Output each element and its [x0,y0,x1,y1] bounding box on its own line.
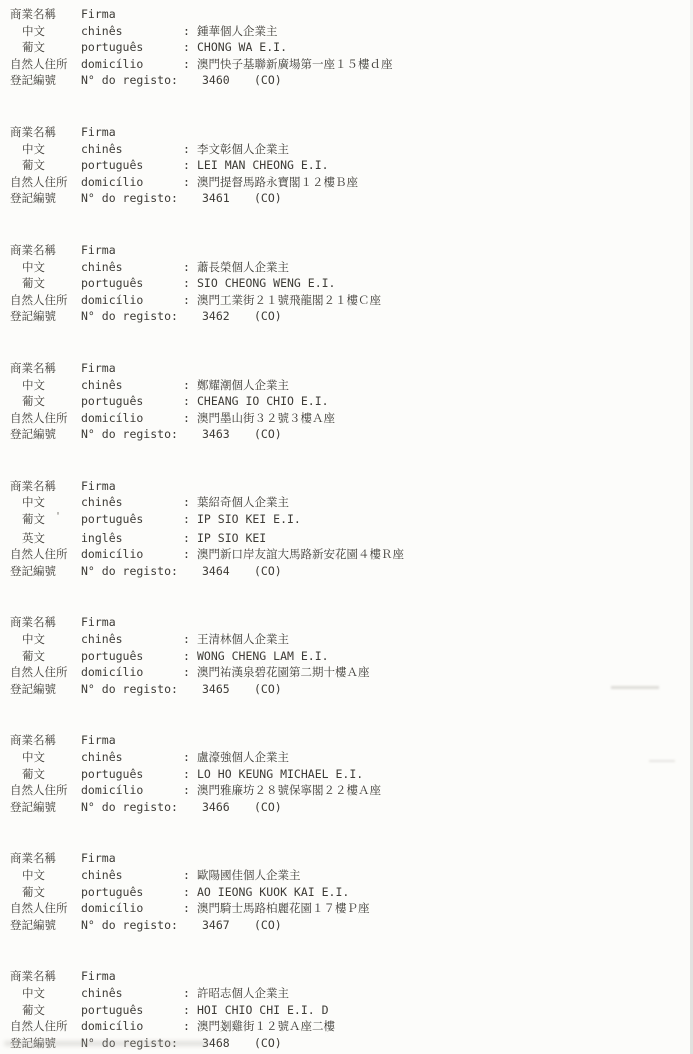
portuguese-name-row: 葡文 português : LO HO KEUNG MICHAEL E.I. [10,766,685,783]
registry-code-value: (CO) [242,72,282,89]
registry-label-pt: N° do registo: [81,426,196,443]
chinese-label-zh: 中文 [10,23,81,40]
chinese-label-pt: chinês [81,985,183,1002]
firm-label-pt: Firma [81,478,183,495]
chinese-label-zh: 中文 [10,141,81,158]
address-row: 自然人住所 domicílio : 澳門墨山街３２號３樓Ａ座 [10,410,685,427]
portuguese-label-zh: 葡文 [10,884,81,901]
registry-entry: 商業名稱 Firma 中文 chinês : 蕭長榮個人企業主 葡文 portu… [10,242,685,325]
chinese-name-value: 鍾華個人企業主 [197,23,685,40]
portuguese-label-zh: 葡文 [10,766,81,783]
colon-separator: : [183,511,197,528]
address-value: 澳門祐漢泉碧花園第二期十樓Ａ座 [197,664,685,681]
colon-separator: : [183,259,197,276]
chinese-name-row: 中文 chinês : 李文彰個人企業主 [10,141,685,158]
registry-label-zh: 登記編號 [10,681,81,698]
registry-number-value: 3465 [196,681,242,698]
colon-separator: : [183,39,197,56]
portuguese-label-zh-text: 葡文 [22,276,45,290]
portuguese-label-zh-text: 葡文 [22,394,45,408]
english-label-zh: 英文 [10,530,81,547]
address-value: 澳門墨山街３２號３樓Ａ座 [197,410,685,427]
address-row: 自然人住所 domicílio : 澳門快子基聯新廣場第一座１５樓ｄ座 [10,56,685,73]
firm-name-row: 商業名稱 Firma [10,732,685,749]
english-name-value: IP SIO KEI [197,530,685,547]
portuguese-name-row: 葡文 português : AO IEONG KUOK KAI E.I. [10,884,685,901]
portuguese-label-zh-text: 葡文 [22,512,45,526]
colon-separator: : [183,631,197,648]
portuguese-name-value: WONG CHENG LAM E.I. [197,648,685,665]
registry-entry: 商業名稱 Firma 中文 chinês : 王清林個人企業主 葡文 portu… [10,614,685,697]
portuguese-label-zh-text: 葡文 [22,1003,45,1017]
colon-separator: : [183,292,197,309]
chinese-name-row: 中文 chinês : 鍾華個人企業主 [10,23,685,40]
chinese-label-zh: 中文 [10,985,81,1002]
portuguese-name-row: 葡文 português : CHONG WA E.I. [10,39,685,56]
domicile-label-zh: 自然人住所 [10,900,81,917]
chinese-name-value: 歐陽國佳個人企業主 [197,867,685,884]
chinese-label-zh: 中文 [10,867,81,884]
domicile-label-pt: domicílio [81,900,183,917]
colon-separator: : [183,1002,197,1019]
colon-separator: : [183,766,197,783]
registry-code-value: (CO) [242,308,282,325]
registry-number-value: 3467 [196,917,242,934]
registry-label-zh: 登記編號 [10,563,81,580]
colon-separator: : [183,23,197,40]
colon-separator: : [183,530,197,547]
portuguese-label-zh: 葡文 [10,1002,81,1019]
firm-name-row: 商業名稱 Firma [10,614,685,631]
registration-number-row: 登記編號 N° do registo: 3463 (CO) [10,426,685,443]
portuguese-label-zh-text: 葡文 [22,40,45,54]
firm-label-zh: 商業名稱 [10,124,81,141]
registry-label-pt: N° do registo: [81,917,196,934]
chinese-label-pt: chinês [81,867,183,884]
registry-label-zh: 登記編號 [10,308,81,325]
scan-artifact-mark: ' [55,511,61,522]
portuguese-name-value: SIO CHEONG WENG E.I. [197,275,685,292]
firm-name-row: 商業名稱 Firma [10,6,685,23]
registry-entry: 商業名稱 Firma 中文 chinês : 鍾華個人企業主 葡文 portug… [10,6,685,89]
colon-separator: : [183,985,197,1002]
chinese-label-pt: chinês [81,494,183,511]
domicile-label-pt: domicílio [81,1018,183,1035]
domicile-label-pt: domicílio [81,174,183,191]
portuguese-label-pt: português [81,393,183,410]
chinese-name-value: 李文彰個人企業主 [197,141,685,158]
portuguese-label-pt: português [81,275,183,292]
domicile-label-pt: domicílio [81,56,183,73]
registry-label-pt: N° do registo: [81,799,196,816]
firm-label-pt: Firma [81,614,183,631]
address-row: 自然人住所 domicílio : 澳門新口岸友誼大馬路新安花園４樓Ｒ座 [10,546,685,563]
firm-label-zh: 商業名稱 [10,614,81,631]
registration-number-row: 登記編號 N° do registo: 3466 (CO) [10,799,685,816]
domicile-label-zh: 自然人住所 [10,174,81,191]
portuguese-name-row: 葡文 português : WONG CHENG LAM E.I. [10,648,685,665]
registration-number-row: 登記編號 N° do registo: 3461 (CO) [10,190,685,207]
portuguese-label-pt: português [81,1002,183,1019]
address-row: 自然人住所 domicílio : 澳門騎士馬路柏麗花園１７樓Ｐ座 [10,900,685,917]
portuguese-label-zh-text: 葡文 [22,158,45,172]
firm-label-zh: 商業名稱 [10,968,81,985]
chinese-name-row: 中文 chinês : 蕭長榮個人企業主 [10,259,685,276]
registration-number-row: 登記編號 N° do registo: 3467 (CO) [10,917,685,934]
registry-label-zh: 登記編號 [10,917,81,934]
registry-code-value: (CO) [242,917,282,934]
registry-label-pt: N° do registo: [81,563,196,580]
registry-number-value: 3463 [196,426,242,443]
portuguese-label-pt: português [81,766,183,783]
registration-number-row: 登記編號 N° do registo: 3465 (CO) [10,681,685,698]
colon-separator: : [183,867,197,884]
registry-label-zh: 登記編號 [10,426,81,443]
domicile-label-zh: 自然人住所 [10,546,81,563]
address-row: 自然人住所 domicílio : 澳門祐漢泉碧花園第二期十樓Ａ座 [10,664,685,681]
firm-label-pt: Firma [81,360,183,377]
portuguese-label-pt: português [81,648,183,665]
registration-number-row: 登記編號 N° do registo: 3464 (CO) [10,563,685,580]
colon-separator: : [183,377,197,394]
english-name-row: 英文 inglês : IP SIO KEI [10,530,685,547]
chinese-name-row: 中文 chinês : 盧濠強個人企業主 [10,749,685,766]
registry-label-pt: N° do registo: [81,190,196,207]
chinese-name-row: 中文 chinês : 鄭耀潮個人企業主 [10,377,685,394]
domicile-label-zh: 自然人住所 [10,410,81,427]
registry-code-value: (CO) [242,1035,282,1052]
entries-list: 商業名稱 Firma 中文 chinês : 鍾華個人企業主 葡文 portug… [10,6,685,1051]
english-label-pt: inglês [81,530,183,547]
colon-separator: : [183,648,197,665]
address-value: 澳門新口岸友誼大馬路新安花園４樓Ｒ座 [197,546,685,563]
firm-name-row: 商業名稱 Firma [10,360,685,377]
portuguese-label-zh: 葡文 [10,648,81,665]
address-value: 澳門剗雞街１２號Ａ座二樓 [197,1018,685,1035]
registry-number-value: 3461 [196,190,242,207]
domicile-label-zh: 自然人住所 [10,56,81,73]
registry-code-value: (CO) [242,190,282,207]
portuguese-label-pt: português [81,39,183,56]
registry-label-pt: N° do registo: [81,72,196,89]
registry-number-value: 3466 [196,799,242,816]
colon-separator: : [183,782,197,799]
portuguese-label-zh: 葡文 [10,39,81,56]
portuguese-label-zh: 葡文' [10,511,81,530]
registry-code-value: (CO) [242,681,282,698]
registry-entry: 商業名稱 Firma 中文 chinês : 葉紹奇個人企業主 葡文' port… [10,478,685,580]
address-row: 自然人住所 domicílio : 澳門雅廉坊２８號保寧閣２２樓Ａ座 [10,782,685,799]
colon-separator: : [183,410,197,427]
firm-label-pt: Firma [81,968,183,985]
firm-label-zh: 商業名稱 [10,242,81,259]
address-row: 自然人住所 domicílio : 澳門工業街２１號飛龍閣２１樓Ｃ座 [10,292,685,309]
address-value: 澳門快子基聯新廣場第一座１５樓ｄ座 [197,56,685,73]
registry-entry: 商業名稱 Firma 中文 chinês : 盧濠強個人企業主 葡文 portu… [10,732,685,815]
chinese-name-value: 葉紹奇個人企業主 [197,494,685,511]
colon-separator: : [183,157,197,174]
registry-code-value: (CO) [242,799,282,816]
portuguese-name-value: CHEANG IO CHIO E.I. [197,393,685,410]
colon-separator: : [183,494,197,511]
registry-label-zh: 登記編號 [10,799,81,816]
domicile-label-pt: domicílio [81,546,183,563]
chinese-label-pt: chinês [81,377,183,394]
chinese-name-row: 中文 chinês : 許昭志個人企業主 [10,985,685,1002]
domicile-label-pt: domicílio [81,410,183,427]
firm-label-zh: 商業名稱 [10,6,81,23]
chinese-label-pt: chinês [81,749,183,766]
chinese-name-value: 許昭志個人企業主 [197,985,685,1002]
chinese-label-zh: 中文 [10,749,81,766]
firm-label-pt: Firma [81,850,183,867]
colon-separator: : [183,141,197,158]
scan-smudge [4,1041,209,1046]
registry-entry: 商業名稱 Firma 中文 chinês : 歐陽國佳個人企業主 葡文 port… [10,850,685,933]
chinese-label-zh: 中文 [10,631,81,648]
colon-separator: : [183,749,197,766]
portuguese-name-row: 葡文 português : SIO CHEONG WENG E.I. [10,275,685,292]
portuguese-name-value: AO IEONG KUOK KAI E.I. [197,884,685,901]
firm-label-pt: Firma [81,124,183,141]
portuguese-label-zh: 葡文 [10,275,81,292]
colon-separator: : [183,174,197,191]
firm-name-row: 商業名稱 Firma [10,968,685,985]
portuguese-label-zh-text: 葡文 [22,649,45,663]
colon-separator: : [183,546,197,563]
registry-label-pt: N° do registo: [81,681,196,698]
colon-separator: : [183,56,197,73]
portuguese-label-pt: português [81,157,183,174]
registry-label-pt: N° do registo: [81,308,196,325]
scan-speckle [611,686,659,689]
firm-name-row: 商業名稱 Firma [10,478,685,495]
scan-speckle [649,760,675,762]
chinese-label-pt: chinês [81,141,183,158]
firm-label-zh: 商業名稱 [10,732,81,749]
firm-label-zh: 商業名稱 [10,850,81,867]
registry-entry: 商業名稱 Firma 中文 chinês : 鄭耀潮個人企業主 葡文 portu… [10,360,685,443]
chinese-name-row: 中文 chinês : 王清林個人企業主 [10,631,685,648]
registration-number-row: 登記編號 N° do registo: 3462 (CO) [10,308,685,325]
domicile-label-zh: 自然人住所 [10,664,81,681]
portuguese-label-zh-text: 葡文 [22,767,45,781]
registration-number-row: 登記編號 N° do registo: 3460 (CO) [10,72,685,89]
domicile-label-zh: 自然人住所 [10,782,81,799]
chinese-name-value: 鄭耀潮個人企業主 [197,377,685,394]
firm-name-row: 商業名稱 Firma [10,124,685,141]
chinese-name-row: 中文 chinês : 歐陽國佳個人企業主 [10,867,685,884]
firm-label-pt: Firma [81,732,183,749]
firm-label-pt: Firma [81,6,183,23]
address-value: 澳門雅廉坊２８號保寧閣２２樓Ａ座 [197,782,685,799]
portuguese-label-pt: português [81,511,183,528]
colon-separator: : [183,664,197,681]
address-value: 澳門提督馬路永寶閣１２樓Ｂ座 [197,174,685,191]
chinese-name-row: 中文 chinês : 葉紹奇個人企業主 [10,494,685,511]
portuguese-name-value: HOI CHIO CHI E.I. D [197,1002,685,1019]
registry-label-zh: 登記編號 [10,72,81,89]
registry-label-zh: 登記編號 [10,190,81,207]
address-row: 自然人住所 domicílio : 澳門提督馬路永寶閣１２樓Ｂ座 [10,174,685,191]
registry-document: 商業名稱 Firma 中文 chinês : 鍾華個人企業主 葡文 portug… [0,0,693,1054]
portuguese-label-zh: 葡文 [10,393,81,410]
chinese-label-pt: chinês [81,23,183,40]
chinese-label-pt: chinês [81,631,183,648]
domicile-label-pt: domicílio [81,664,183,681]
portuguese-name-value: CHONG WA E.I. [197,39,685,56]
portuguese-name-row: 葡文' português : IP SIO KEI E.I. [10,511,685,530]
portuguese-name-row: 葡文 português : CHEANG IO CHIO E.I. [10,393,685,410]
registry-number-value: 3462 [196,308,242,325]
portuguese-name-value: LO HO KEUNG MICHAEL E.I. [197,766,685,783]
registry-code-value: (CO) [242,563,282,580]
registry-number-value: 3464 [196,563,242,580]
chinese-label-pt: chinês [81,259,183,276]
address-value: 澳門騎士馬路柏麗花園１７樓Ｐ座 [197,900,685,917]
registry-entry: 商業名稱 Firma 中文 chinês : 李文彰個人企業主 葡文 portu… [10,124,685,207]
colon-separator: : [183,1018,197,1035]
registry-code-value: (CO) [242,426,282,443]
registry-number-value: 3460 [196,72,242,89]
portuguese-name-row: 葡文 português : HOI CHIO CHI E.I. D [10,1002,685,1019]
firm-label-zh: 商業名稱 [10,478,81,495]
firm-name-row: 商業名稱 Firma [10,242,685,259]
colon-separator: : [183,884,197,901]
chinese-label-zh: 中文 [10,494,81,511]
portuguese-name-value: LEI MAN CHEONG E.I. [197,157,685,174]
portuguese-name-row: 葡文 português : LEI MAN CHEONG E.I. [10,157,685,174]
portuguese-label-zh-text: 葡文 [22,885,45,899]
domicile-label-pt: domicílio [81,292,183,309]
colon-separator: : [183,393,197,410]
address-row: 自然人住所 domicílio : 澳門剗雞街１２號Ａ座二樓 [10,1018,685,1035]
portuguese-label-pt: português [81,884,183,901]
firm-label-zh: 商業名稱 [10,360,81,377]
registry-entry: 商業名稱 Firma 中文 chinês : 許昭志個人企業主 葡文 portu… [10,968,685,1051]
domicile-label-zh: 自然人住所 [10,292,81,309]
portuguese-name-value: IP SIO KEI E.I. [197,511,685,528]
chinese-label-zh: 中文 [10,259,81,276]
portuguese-label-zh: 葡文 [10,157,81,174]
colon-separator: : [183,275,197,292]
chinese-label-zh: 中文 [10,377,81,394]
chinese-name-value: 盧濠強個人企業主 [197,749,685,766]
address-value: 澳門工業街２１號飛龍閣２１樓Ｃ座 [197,292,685,309]
firm-label-pt: Firma [81,242,183,259]
domicile-label-pt: domicílio [81,782,183,799]
firm-name-row: 商業名稱 Firma [10,850,685,867]
colon-separator: : [183,900,197,917]
chinese-name-value: 蕭長榮個人企業主 [197,259,685,276]
chinese-name-value: 王清林個人企業主 [197,631,685,648]
domicile-label-zh: 自然人住所 [10,1018,81,1035]
